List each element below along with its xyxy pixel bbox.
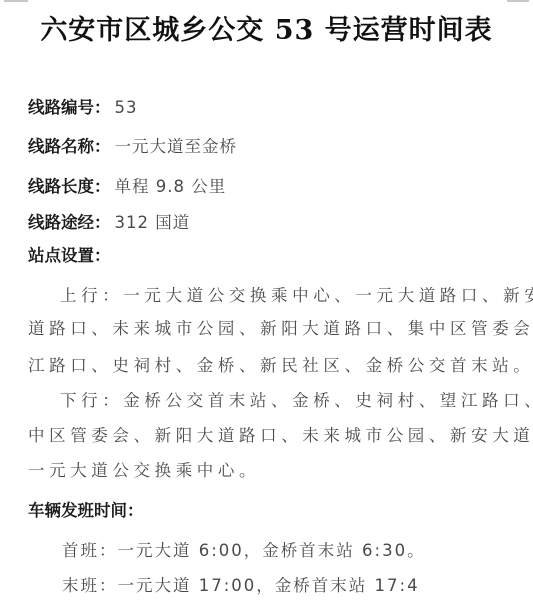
field-value: 一元大道至金桥 <box>115 137 238 156</box>
downbound-line: 一元大道公交换乘中心。 <box>28 460 260 482</box>
field-value: 312 国道 <box>115 213 191 232</box>
page-edge-mark <box>507 0 529 2</box>
field-route-length: 线路长度：单程 9.8 公里 <box>28 176 226 198</box>
field-value: 单程 9.8 公里 <box>115 177 227 196</box>
first-bus-line: 首班：一元大道 6:00，金桥首末站 6:30。 <box>62 540 426 562</box>
field-label: 线路名称： <box>28 137 111 156</box>
upbound-line: 上行：一元大道公交换乘中心、一元大道路口、新安大 <box>60 285 533 307</box>
section-heading: 站点设置： <box>28 246 111 265</box>
downbound-line: 下行：金桥公交首末站、金桥、史祠村、望江路口、集 <box>60 390 533 412</box>
field-label: 线路编号： <box>28 98 111 117</box>
upbound-line: 江路口、史祠村、金桥、新民社区、金桥公交首末站。 <box>28 355 533 377</box>
downbound-line: 中区管委会、新阳大道路口、未来城市公园、新安大道路口、 <box>28 425 533 447</box>
field-value: 53 <box>115 98 138 117</box>
occlusion-overlay <box>418 570 518 596</box>
upbound-line: 道路口、未来城市公园、新阳大道路口、集中区管委会、望 <box>28 318 533 340</box>
last-bus-line: 末班：一元大道 17:00，金桥首末站 17:40。 <box>62 575 451 597</box>
section-heading: 车辆发班时间： <box>28 501 144 520</box>
document-title: 六安市区城乡公交 53 号运营时间表 <box>0 8 533 47</box>
schedule-heading: 车辆发班时间： <box>28 500 144 522</box>
field-label: 线路长度： <box>28 177 111 196</box>
field-label: 线路途经： <box>28 213 111 232</box>
field-route-name: 线路名称：一元大道至金桥 <box>28 136 237 158</box>
page-edge-mark <box>4 0 28 2</box>
field-route-number: 线路编号：53 <box>28 97 138 119</box>
field-route-via: 线路途经：312 国道 <box>28 212 190 234</box>
stops-heading: 站点设置： <box>28 245 111 267</box>
